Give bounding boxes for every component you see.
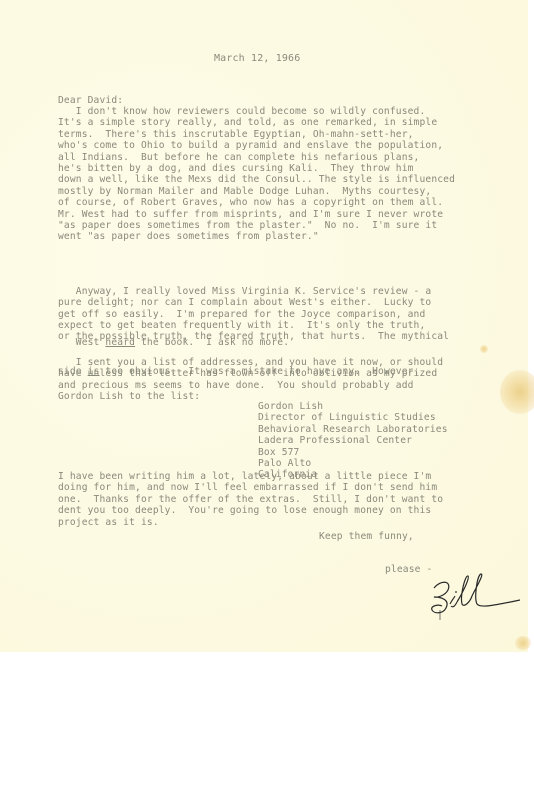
text-line: Palo Alto — [258, 458, 448, 469]
paragraph-2-lines: Anyway, I really loved Miss Virginia K. … — [58, 286, 449, 343]
address-block: Gordon LishDirector of Linguistic Studie… — [258, 401, 448, 481]
text-line: terms. There's this inscrutable Egyptian… — [58, 129, 455, 140]
text-line: all Indians. But before he can complete … — [58, 152, 455, 163]
text-line: I sent you a list of addresses, and you … — [58, 357, 443, 368]
text: West — [58, 337, 105, 348]
text-line: Director of Linguistic Studies — [258, 412, 448, 423]
text-line: "as paper does sometimes from the plaste… — [58, 220, 455, 231]
underlined-heard: heard — [105, 337, 135, 348]
closing: Keep them funny, — [319, 531, 414, 542]
corner-stain — [515, 636, 531, 650]
text-line: project as it is. — [58, 517, 443, 528]
paragraph-4: I sent you a list of addresses, and you … — [58, 357, 443, 403]
text-line: Gordon Lish — [258, 401, 448, 412]
text-line: dent you too deeply. You're going to los… — [58, 505, 443, 516]
salutation: Dear David: — [58, 95, 123, 106]
text-line: Mr. West had to suffer from misprints, a… — [58, 209, 455, 220]
letter-page: March 12, 1966 Dear David: I don't know … — [0, 0, 528, 652]
text-line: get off so easily. I'm prepared for the … — [58, 309, 449, 320]
letter-date: March 12, 1966 — [214, 53, 300, 64]
text-line: mostly by Norman Mailer and Mable Dodge … — [58, 186, 455, 197]
coffee-stain-drop — [480, 345, 488, 353]
text-line: Anyway, I really loved Miss Virginia K. … — [58, 286, 449, 297]
text-line: who's come to Ohio to build a pyramid an… — [58, 140, 455, 151]
text-line: and precious ms seems to have done. You … — [58, 380, 443, 391]
text-line: I have been writing him a lot, lately, a… — [58, 471, 443, 482]
text-line: of course, of Robert Graves, who now has… — [58, 197, 455, 208]
paragraph-3: West heard the book. I ask no more. — [58, 337, 289, 348]
text-line: have unless that letter has flown off in… — [58, 368, 443, 379]
text-line: went "as paper does sometimes from plast… — [58, 231, 455, 242]
text-line: It's a simple story really, and told, as… — [58, 117, 455, 128]
text: the book. I ask no more. — [135, 337, 289, 348]
text-line: expect to get beaten frequently with it.… — [58, 320, 449, 331]
text-line: Box 577 — [258, 447, 448, 458]
text-line: doing for him, and now I'll feel embarra… — [58, 482, 443, 493]
paragraph-5: I have been writing him a lot, lately, a… — [58, 471, 443, 528]
coffee-stain — [500, 370, 534, 414]
text-line: Behavioral Research Laboratories — [258, 424, 448, 435]
text-line: one. Thanks for the offer of the extras.… — [58, 494, 443, 505]
text-line: I don't know how reviewers could become … — [58, 106, 455, 117]
text-line: down a well, like the Mexs did the Consu… — [58, 174, 455, 185]
text-line: Ladera Professional Center — [258, 435, 448, 446]
signature: Bill — [420, 570, 530, 630]
text-line: he's bitten by a dog, and dies cursing K… — [58, 163, 455, 174]
paragraph-1: I don't know how reviewers could become … — [58, 106, 455, 243]
text-line: pure delight; nor can I complain about W… — [58, 297, 449, 308]
